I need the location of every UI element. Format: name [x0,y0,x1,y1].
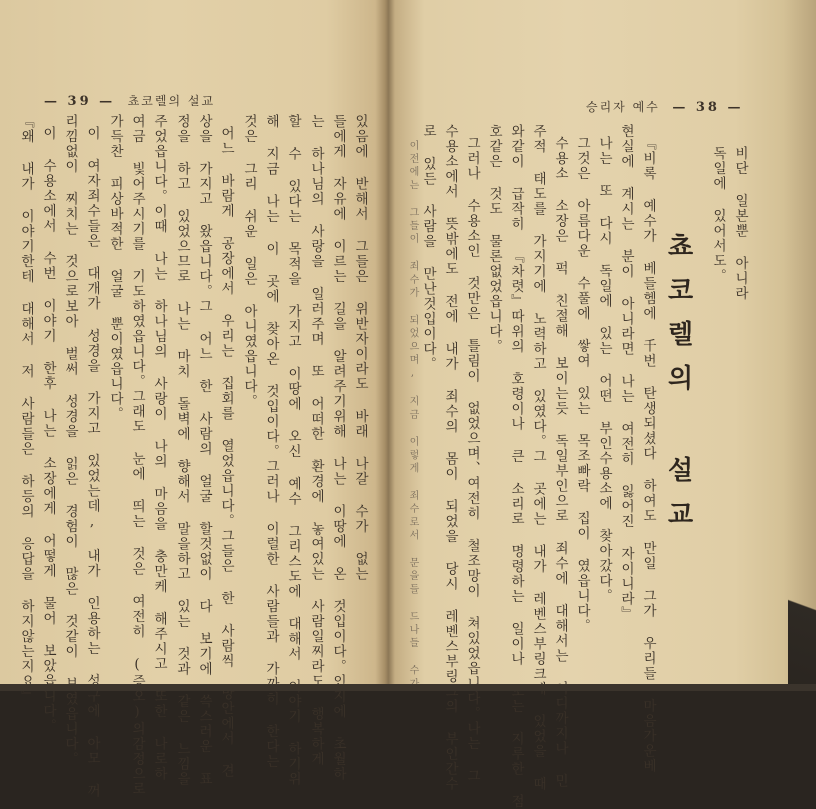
text-column: 상을 가지고 왔읍니다。그 어느 한 사람의 얼굴 할것없이 다 보기에 쓱스러… [194,114,214,691]
text-column: 그것은 아름다운 수풀에 쌓여 있는 목조빠락 집이 였읍니다。 [572,136,592,634]
text-column: 어느 바람게 공장에서 우리는 집회를 열었읍니다。그들은 한 사람씩 방안에서… [216,126,236,691]
page-number: — 39 — [44,94,115,109]
text-column: 주적 태도를 가지기에 노력하고 있였다。그 곳에는 내가 레벤스부링크에 있었… [528,124,548,691]
right-page-header: 승리자 예수 — 38 — [580,98,743,115]
text-column: 는 하나님의 사랑을 일러주며 또 어떠한 환경에 놓여있는 사람일찌라도 행복… [306,114,326,691]
left-page-header: — 39 — 쵸코렐의 설교 [44,92,221,109]
text-column: 가득찬 피상바적한 얼굴 뿐이였읍니다。 [105,114,125,422]
running-title: 승리자 예수 [586,100,660,114]
page-number: — 38 — [672,100,743,115]
text-column: 수용소에서 뜻밖에도 전에 내가 죄수의 몸이 되었을 당시 레벤스부링크의 부… [440,124,460,691]
text-column: 리낌없이 찌치는 것으로보아 벌써 성경을 읽은 경험이 많은 것같이 보였읍니… [60,114,80,691]
text-column: 수용소 소장은 퍽 친절해 보이는듯 독일부인으로 죄수에 대해서는 어디까지나… [550,136,570,691]
book-spread: — 39 — 쵸코렐의 설교 있음에 반해서 그들은 위반자이라도 바래 나갈 … [0,0,816,684]
text-column: 할 수 있다는 목적을 가지고 이땅에 오신 예수 그리스도에 대해서 이야기 … [283,114,303,691]
running-title: 쵸코렐의 설교 [128,94,215,108]
text-column: 주었읍니다。이때 나는 하나님의 사랑이 나의 마음을 충만케 해주시고 또한 … [149,114,169,691]
text-column: 이 여자죄수들은 대개가 성경을 가지고 있었는데, 내가 인용하는 성구에 아… [82,126,102,691]
text-column: 그러나 수용소인 것만은 틀림이 없었으며、여전히 철조망이 쳐있었읍니다。나는… [462,136,482,691]
text-column: 『왜 내가 이야기한테 대해서 저 사람들은 하등의 응답을 하지않는지요』 [16,114,36,691]
text-column: 것은 그리 쉬운 일은 아니였읍니다。 [239,114,259,409]
text-column: 『비록 예수가 베들헴에 千번 탄생되셨다 하여도 만일 그가 우리들 마음가운… [638,136,658,691]
left-page: — 39 — 쵸코렐의 설교 있음에 반해서 그들은 위반자이라도 바래 나갈 … [0,0,388,684]
text-column: 해 지금 나는 이 곳에 찾아온 것입이다。그러나 이럴한 사람들과 가까히 한… [261,114,281,691]
scan-border [0,684,816,691]
page-corner-shadow [788,560,816,691]
text-column: 여금 빛어주시기를 기도하였읍니다。그래도 눈에 띄는 것은 여전히 (증오)의… [127,114,147,691]
text-column: 현실에 계시는 분이 아니라면 나는 여전히 잃어진 자이니라』 [616,124,636,622]
text-column: 로 있든 사람을 만난것입이다。 [418,124,438,372]
opening-column: 비단 일본뿐 아니라 [730,146,750,301]
text-column: 호같은 것도 물론없었읍니다。 [484,124,504,354]
text-column: 와같이 급작히 『차렷』따위의 호령이나 큰 소리로 명령하는 일이나 또는 지… [506,124,526,691]
text-column: 정을 하고 있었으므로 나는 마치 돌벽에 향해서 말을하고 있는 것과 같은 … [172,114,192,691]
text-column: 나는 또 다시 독일에 있는 어떤 부인수용소에 찾아갔다。 [594,136,614,604]
right-page: 승리자 예수 — 38 — 이전에는 그들이 죄수가 되었으며, 지금 이렇게 … [392,0,816,684]
text-column: 이 수용소에서 수번 이야기 한후 나는 소장에게 어떻게 물어 보았읍니다。 [38,126,58,691]
opening-column: 독일에 있어서도。 [708,146,728,284]
chapter-title: 쵸코렐의 설교 [668,232,688,544]
text-column: 있음에 반해서 그들은 위반자이라도 바래 나갈 수가 없는 [350,114,370,582]
text-column: 들에게 자유에 이르는 길을 알려주기위해 나는 이땅에 온 것입이다。인지에 … [328,114,348,691]
